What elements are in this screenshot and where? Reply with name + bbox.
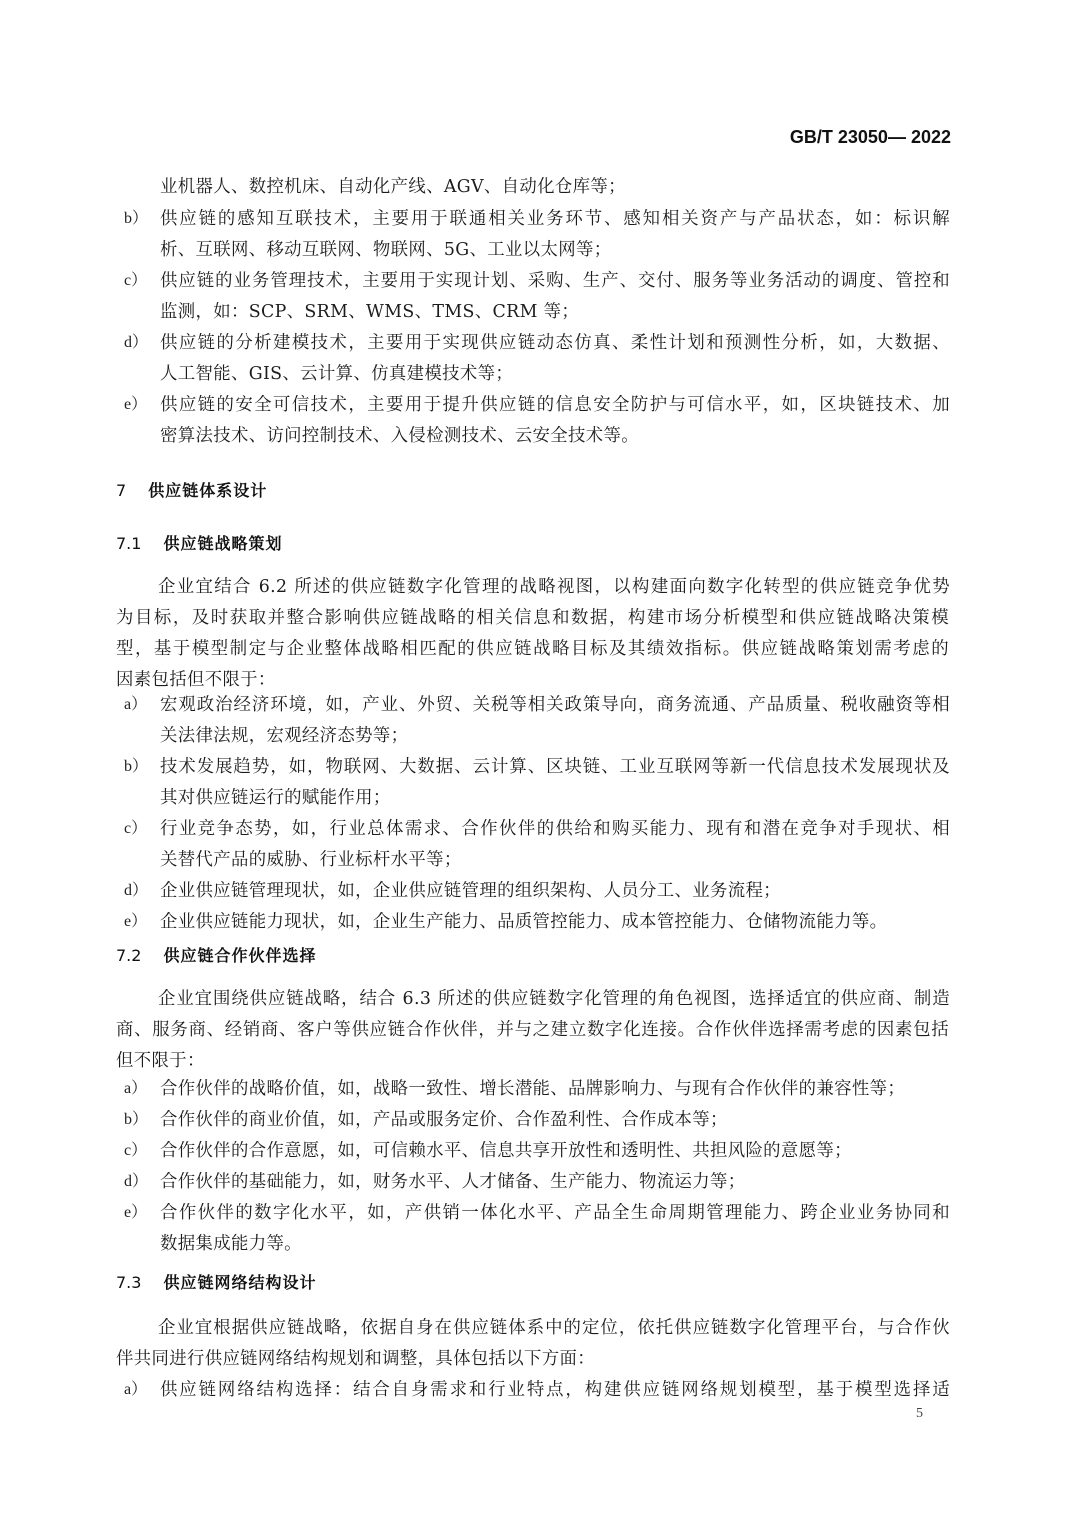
list-item-text: 供应链的感知互联技术，主要用于联通相关业务环节、感知相关资产与产品状态，如：标识… [160,208,950,230]
list-item-text: 行业竞争态势，如，行业总体需求、合作伙伴的供给和购买能力、现有和潜在竞争对手现状… [160,818,950,840]
list-item-text: 企业供应链管理现状，如，企业供应链管理的组织架构、人员分工、业务流程； [160,880,781,902]
section-title: 供应链战略策划 [163,534,282,553]
list-item-text: 技术发展趋势，如，物联网、大数据、云计算、区块链、工业互联网等新一代信息技术发展… [160,756,950,778]
section-number: 7.3 [116,1272,141,1294]
list-item-text: 合作伙伴的数字化水平，如，产供销一体化水平、产品全生命周期管理能力、跨企业业务协… [160,1202,950,1224]
list-label: e） [124,911,147,933]
list-label: b） [124,208,148,230]
list-label: a） [124,1078,147,1100]
list-label: c） [124,1140,147,1162]
paragraph-line: 但不限于： [116,1050,205,1072]
list-item-text: 企业供应链能力现状，如，企业生产能力、品质管控能力、成本管控能力、仓储物流能力等… [160,911,887,933]
list-item-text: 合作伙伴的合作意愿，如，可信赖水平、信息共享开放性和透明性、共担风险的意愿等； [160,1140,852,1162]
list-item-text: 人工智能、GIS、云计算、仿真建模技术等； [160,363,513,385]
list-item-text: 数据集成能力等。 [160,1233,302,1255]
section-title: 供应链合作伙伴选择 [163,946,316,965]
list-item-text: 宏观政治经济环境，如，产业、外贸、关税等相关政策导向，商务流通、产品质量、税收融… [160,694,950,716]
paragraph-line: 企业宜围绕供应链战略，结合 6.3 所述的供应链数字化管理的角色视图，选择适宜的… [158,988,950,1010]
section-heading-7-1: 7.1供应链战略策划 [116,533,282,555]
list-item-continuation: 业机器人、数控机床、自动化产线、AGV、自动化仓库等； [160,176,626,198]
list-label: e） [124,394,147,416]
section-heading-7-3: 7.3供应链网络结构设计 [116,1272,316,1294]
list-item-text: 合作伙伴的基础能力，如，财务水平、人才储备、生产能力、物流运力等； [160,1171,745,1193]
list-item-text: 关法律法规，宏观经济态势等； [160,725,408,747]
list-label: c） [124,818,147,840]
document-page: GB/T 23050— 2022 业机器人、数控机床、自动化产线、AGV、自动化… [0,0,1080,1527]
standard-code-header: GB/T 23050— 2022 [790,127,951,148]
list-item-text: 供应链的分析建模技术，主要用于实现供应链动态仿真、柔性计划和预测性分析，如，大数… [160,332,950,354]
list-item-text: 供应链的安全可信技术，主要用于提升供应链的信息安全防护与可信水平，如，区块链技术… [160,394,950,416]
list-label: d） [124,1171,148,1193]
list-label: e） [124,1202,147,1224]
section-number: 7.1 [116,533,141,555]
section-heading-7-2: 7.2供应链合作伙伴选择 [116,945,316,967]
list-item-text: 合作伙伴的战略价值，如，战略一致性、增长潜能、品牌影响力、与现有合作伙伴的兼容性… [160,1078,905,1100]
paragraph-line: 企业宜根据供应链战略，依据自身在供应链体系中的定位，依托供应链数字化管理平台，与… [158,1317,950,1339]
paragraph-line: 因素包括但不限于： [116,669,276,691]
list-item-text: 供应链的业务管理技术，主要用于实现计划、采购、生产、交付、服务等业务活动的调度、… [160,270,950,292]
paragraph-line: 伴共同进行供应链网络结构规划和调整，具体包括以下方面： [116,1348,595,1370]
paragraph-line: 型，基于模型制定与企业整体战略相匹配的供应链战略目标及其绩效指标。供应链战略策划… [116,638,949,660]
section-heading-7: 7供应链体系设计 [116,480,267,502]
list-item-text: 其对供应链运行的赋能作用； [160,787,391,809]
list-item-text: 供应链网络结构选择：结合自身需求和行业特点，构建供应链网络规划模型，基于模型选择… [160,1379,950,1401]
list-label: a） [124,694,147,716]
section-title: 供应链网络结构设计 [163,1273,316,1292]
list-label: d） [124,880,148,902]
list-label: c） [124,270,147,292]
list-item-text: 监测，如：SCP、SRM、WMS、TMS、CRM 等； [160,301,579,323]
list-item-text: 析、互联网、移动互联网、物联网、5G、工业以太网等； [160,239,611,261]
list-item-text: 关替代产品的威胁、行业标杆水平等； [160,849,462,871]
paragraph-line: 企业宜结合 6.2 所述的供应链数字化管理的战略视图，以构建面向数字化转型的供应… [158,576,950,598]
paragraph-line: 商、服务商、经销商、客户等供应链合作伙伴，并与之建立数字化连接。合作伙伴选择需考… [116,1019,949,1041]
list-label: a） [124,1379,147,1401]
list-item-text: 密算法技术、访问控制技术、入侵检测技术、云安全技术等。 [160,425,639,447]
paragraph-line: 为目标，及时获取并整合影响供应链战略的相关信息和数据，构建市场分析模型和供应链战… [116,607,949,629]
section-title: 供应链体系设计 [148,481,267,500]
list-label: b） [124,1109,148,1131]
list-label: d） [124,332,148,354]
section-number: 7.2 [116,945,141,967]
section-number: 7 [116,480,126,502]
list-label: b） [124,756,148,778]
list-item-text: 合作伙伴的商业价值，如，产品或服务定价、合作盈利性、合作成本等； [160,1109,728,1131]
page-number: 5 [916,1406,923,1422]
